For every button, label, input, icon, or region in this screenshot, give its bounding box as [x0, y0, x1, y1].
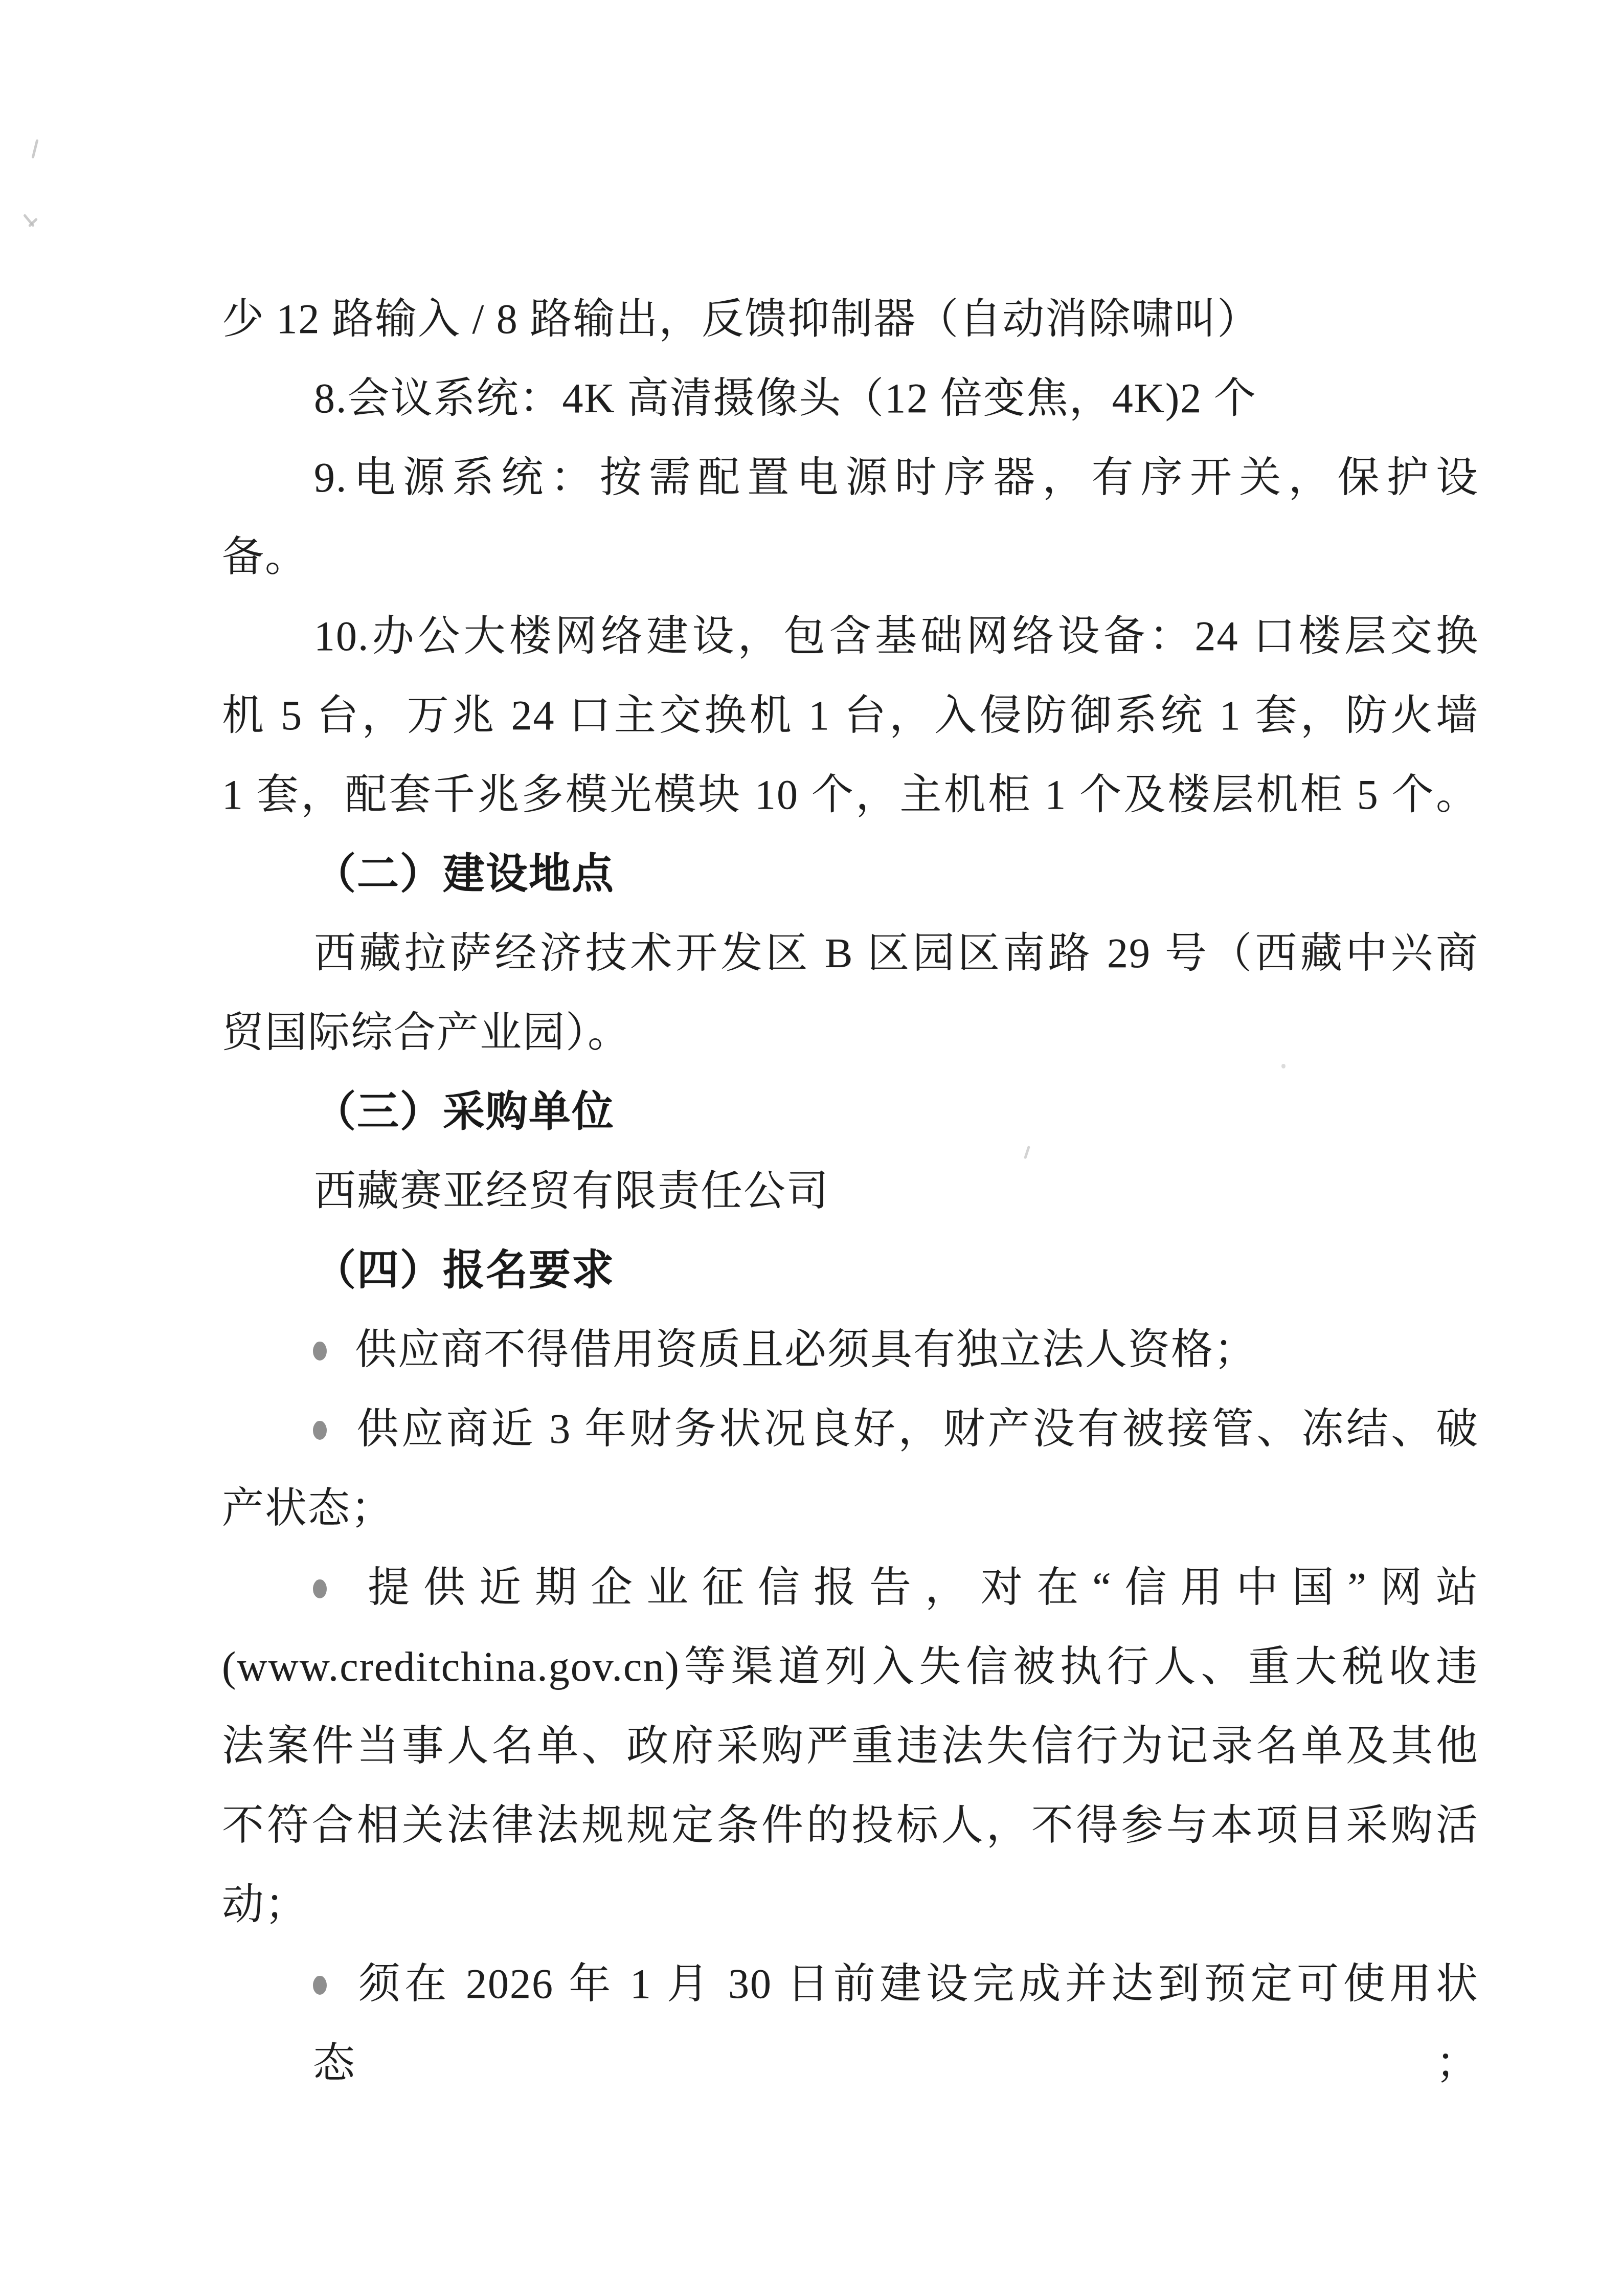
heading-section-3-purchaser: （三）采购单位 — [222, 1072, 1479, 1151]
bullet-req-3-cont-url: (www.creditchina.gov.cn)等渠道列入失信被执行人、重大税收… — [222, 1627, 1479, 1706]
bullet-req-3-cont-2: 法案件当事人名单、政府采购严重违法失信行为记录名单及其他 — [222, 1706, 1479, 1786]
heading-section-4-requirements: （四）报名要求 — [222, 1231, 1479, 1310]
bullet-req-1: 供应商不得借用资质且必须具有独立法人资格； — [222, 1310, 1479, 1389]
line-purchaser-name: 西藏赛亚经贸有限责任公司 — [222, 1151, 1479, 1231]
bullet-text: 提供近期企业征信报告，对在“信用中国”网站 — [355, 1564, 1479, 1611]
line-location-address: 西藏拉萨经济技术开发区 B 区园区南路 29 号（西藏中兴商 — [222, 913, 1479, 993]
line-item10-cont-2: 1 套，配套千兆多模光模块 10 个，主机柜 1 个及楼层机柜 5 个。 — [222, 755, 1479, 834]
line-item10-cont-1: 机 5 台，万兆 24 口主交换机 1 台，入侵防御系统 1 套，防火墙 — [222, 676, 1479, 755]
bullet-icon — [313, 1421, 327, 1440]
scan-artifact — [31, 139, 38, 159]
bullet-icon — [313, 1976, 327, 1995]
heading-section-2-location: （二）建设地点 — [222, 834, 1479, 913]
scan-artifact — [1281, 1064, 1286, 1068]
bullet-req-3-cont-4: 动； — [222, 1865, 1479, 1944]
line-audio-spec-cont: 少 12 路输入 / 8 路输出，反馈抑制器（自动消除啸叫） — [222, 279, 1479, 359]
line-item10-network: 10.办公大楼网络建设，包含基础网络设备：24 口楼层交换 — [222, 596, 1479, 676]
bullet-req-4: 须在 2026 年 1 月 30 日前建设完成并达到预定可使用状态； — [222, 1944, 1479, 2103]
bullet-text: 须在 2026 年 1 月 30 日前建设完成并达到预定可使用状态； — [313, 1960, 1479, 2086]
bullet-req-2: 供应商近 3 年财务状况良好，财产没有被接管、冻结、破 — [222, 1389, 1479, 1468]
bullet-req-2-cont: 产状态； — [222, 1468, 1479, 1548]
line-location-address-cont: 贸国际综合产业园）。 — [222, 993, 1479, 1072]
bullet-icon — [313, 1342, 327, 1361]
bullet-icon — [313, 1579, 327, 1598]
line-item9-power-system: 9.电源系统：按需配置电源时序器，有序开关，保护设 — [222, 438, 1479, 517]
line-item9-cont: 备。 — [222, 517, 1479, 596]
document-page: 少 12 路输入 / 8 路输出，反馈抑制器（自动消除啸叫） 8.会议系统：4K… — [0, 0, 1623, 2296]
bullet-text: 供应商近 3 年财务状况良好，财产没有被接管、冻结、破 — [355, 1406, 1479, 1452]
bullet-text: 供应商不得借用资质且必须具有独立法人资格； — [355, 1326, 1257, 1373]
line-item8-conference-system: 8.会议系统：4K 高清摄像头（12 倍变焦，4K)2 个 — [222, 359, 1479, 438]
bullet-req-3-cont-3: 不符合相关法律法规规定条件的投标人，不得参与本项目采购活 — [222, 1786, 1479, 1865]
bullet-req-3: 提供近期企业征信报告，对在“信用中国”网站 — [222, 1548, 1479, 1627]
